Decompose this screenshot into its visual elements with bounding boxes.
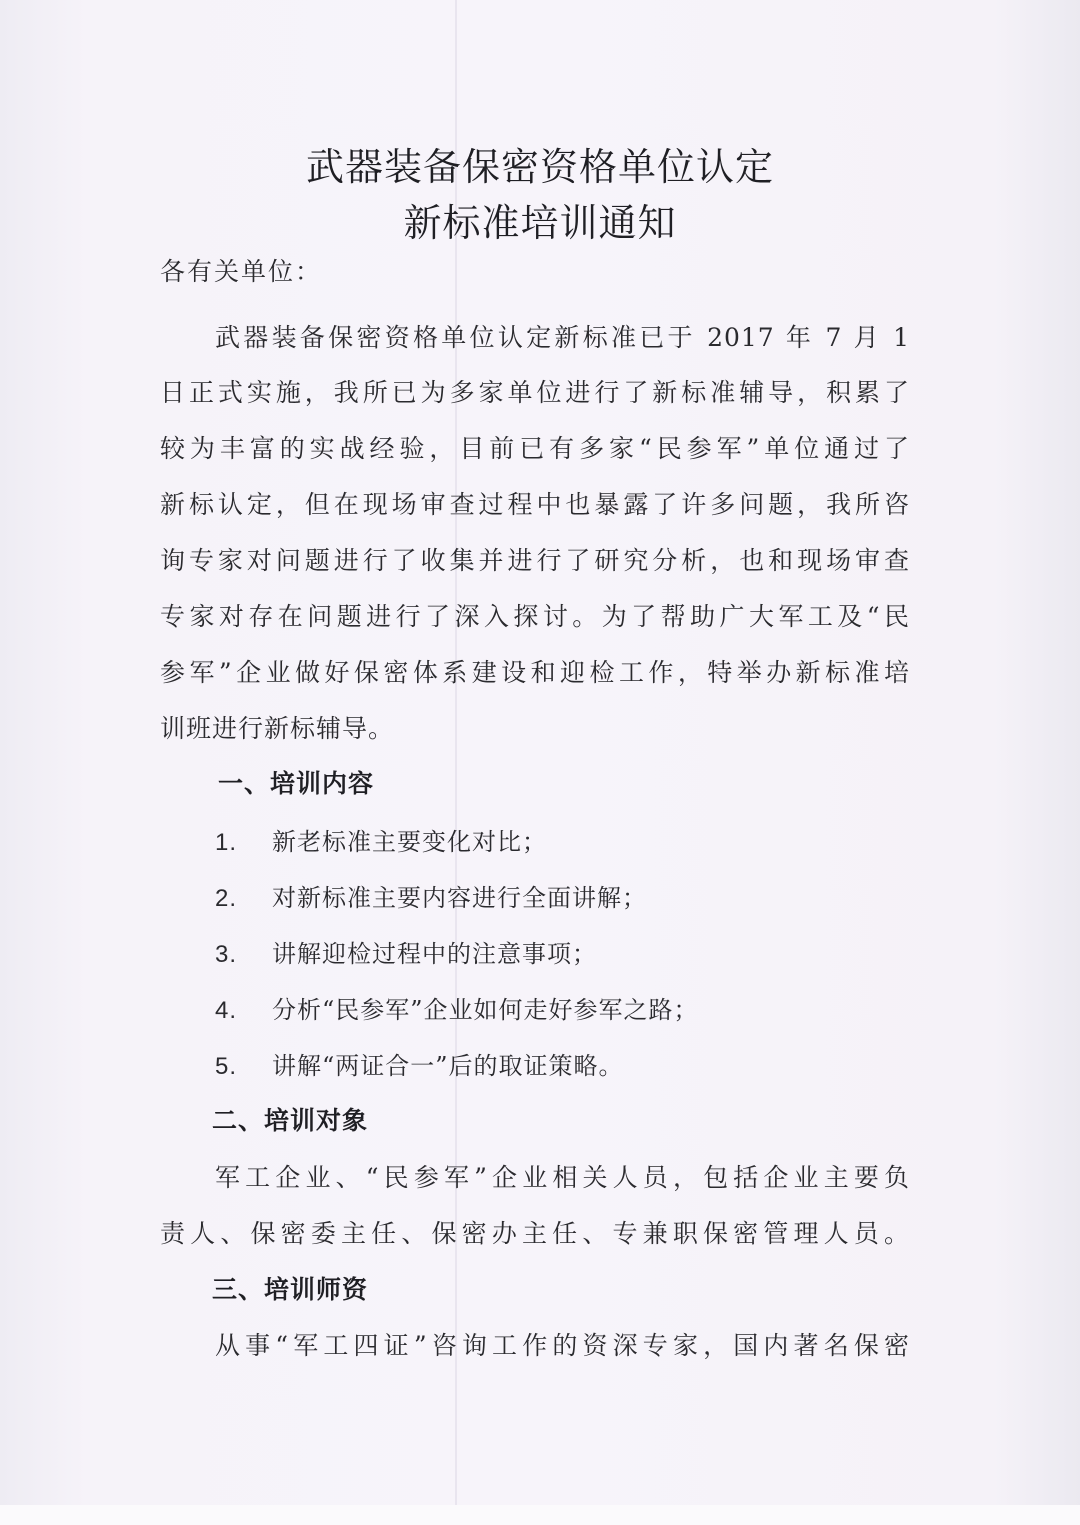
intro-line: 专家对存在问题进行了深入探讨。为了帮助广大军工及“民 bbox=[160, 597, 910, 633]
section-heading-training-content: 一、培训内容 bbox=[218, 764, 374, 800]
intro-line: 新标认定，但在现场审查过程中也暴露了许多问题，我所咨 bbox=[160, 485, 910, 521]
list-item-text: 新老标准主要变化对比； bbox=[272, 828, 547, 856]
list-item-text: 讲解“两证合一”后的取证策略。 bbox=[272, 1052, 624, 1080]
list-item: 1.新老标准主要变化对比； bbox=[215, 822, 547, 857]
list-item-number: 2. bbox=[215, 885, 272, 913]
list-item-number: 5. bbox=[215, 1053, 272, 1081]
section-heading-training-audience: 二、培训对象 bbox=[212, 1101, 368, 1137]
intro-line: 日正式实施，我所已为多家单位进行了新标准辅导，积累了 bbox=[160, 373, 910, 409]
audience-line: 军工企业、“民参军”企业相关人员，包括企业主要负 bbox=[215, 1158, 910, 1194]
faculty-line: 从事“军工四证”咨询工作的资深专家，国内著名保密 bbox=[215, 1326, 910, 1362]
scanned-page: 武器装备保密资格单位认定 新标准培训通知 各有关单位： 武器装备保密资格单位认定… bbox=[0, 0, 1080, 1525]
list-item-text: 对新标准主要内容进行全面讲解； bbox=[272, 884, 647, 912]
list-item-text: 讲解迎检过程中的注意事项； bbox=[272, 940, 597, 968]
list-item-text: 分析“民参军”企业如何走好参军之路； bbox=[272, 996, 699, 1024]
list-item-number: 4. bbox=[215, 997, 272, 1025]
intro-line: 参军”企业做好保密体系建设和迎检工作，特举办新标准培 bbox=[160, 653, 910, 689]
document-title-line-1: 武器装备保密资格单位认定 bbox=[0, 136, 1080, 191]
page-bottom-edge bbox=[0, 1505, 1080, 1525]
intro-line: 较为丰富的实战经验，目前已有多家“民参军”单位通过了 bbox=[160, 429, 910, 465]
salutation: 各有关单位： bbox=[160, 252, 322, 288]
list-item: 5.讲解“两证合一”后的取证策略。 bbox=[215, 1046, 624, 1081]
list-item: 2.对新标准主要内容进行全面讲解； bbox=[215, 878, 647, 913]
list-item: 4.分析“民参军”企业如何走好参军之路； bbox=[215, 990, 699, 1025]
audience-line: 责人、保密委主任、保密办主任、专兼职保密管理人员。 bbox=[160, 1214, 910, 1250]
list-item-number: 3. bbox=[215, 941, 272, 969]
list-item: 3.讲解迎检过程中的注意事项； bbox=[215, 934, 597, 969]
intro-line: 武器装备保密资格单位认定新标准已于 2017 年 7 月 1 bbox=[215, 318, 910, 354]
intro-line: 询专家对问题进行了收集并进行了研究分析，也和现场审查 bbox=[160, 541, 910, 577]
list-item-number: 1. bbox=[215, 829, 272, 857]
section-heading-training-faculty: 三、培训师资 bbox=[212, 1270, 368, 1306]
intro-line: 训班进行新标辅导。 bbox=[160, 709, 910, 745]
document-title-line-2: 新标准培训通知 bbox=[0, 192, 1080, 247]
